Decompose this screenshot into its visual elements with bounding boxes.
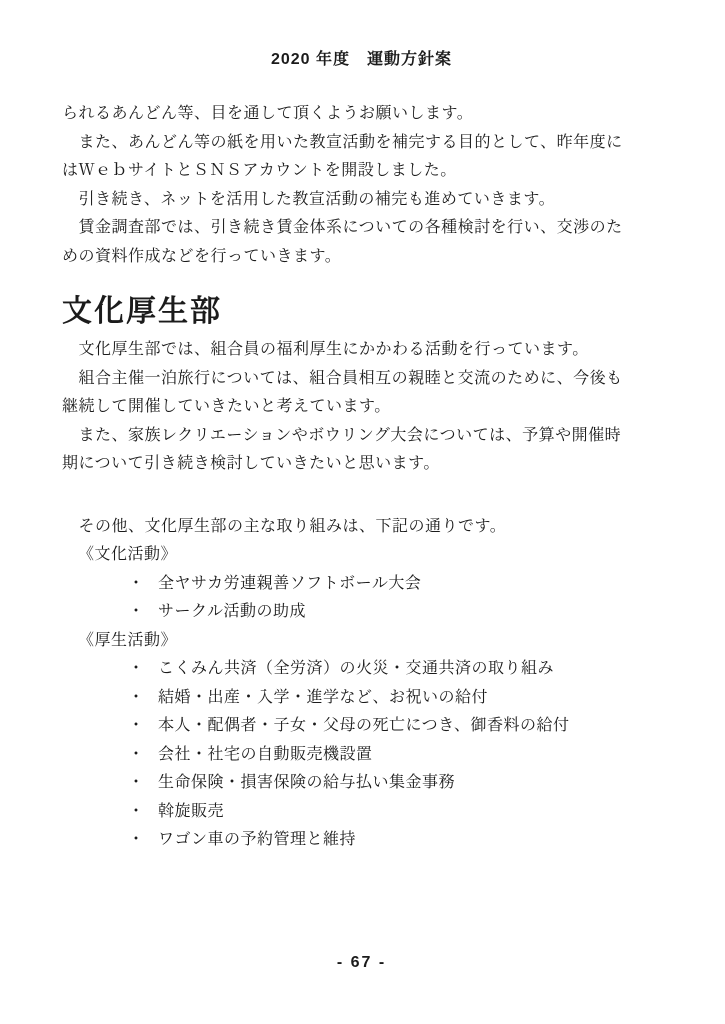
group-label-culture: 《文化活動》 xyxy=(62,541,661,570)
bullet-icon: ・ xyxy=(128,741,158,770)
list-item: ・ 会社・社宅の自動販売機設置 xyxy=(62,741,661,770)
list-item-text: 斡旋販売 xyxy=(158,798,661,827)
list-item: ・ 結婚・出産・入学・進学など、お祝いの給付 xyxy=(62,684,661,713)
list-item: ・ 生命保険・損害保険の給与払い集金事務 xyxy=(62,769,661,798)
body-line: 期について引き続き検討していきたいと思います。 xyxy=(62,450,661,479)
bullet-icon: ・ xyxy=(128,655,158,684)
body-line: めの資料作成などを行っていきます。 xyxy=(62,243,661,272)
bullet-icon: ・ xyxy=(128,684,158,713)
bullet-icon: ・ xyxy=(128,798,158,827)
list-intro-line: その他、文化厚生部の主な取り組みは、下記の通りです。 xyxy=(62,513,661,542)
list-item-text: 会社・社宅の自動販売機設置 xyxy=(158,741,661,770)
body-line: 賃金調査部では、引き続き賃金体系についての各種検討を行い、交渉のた xyxy=(62,214,661,243)
bullet-icon: ・ xyxy=(128,570,158,599)
body-line: はＷｅｂサイトとＳＮＳアカウントを開設しました。 xyxy=(62,157,661,186)
list-item: ・ 本人・配偶者・子女・父母の死亡につき、御香料の給付 xyxy=(62,712,661,741)
body-line: 組合主催一泊旅行については、組合員相互の親睦と交流のために、今後も xyxy=(62,365,661,394)
list-item-text: 生命保険・損害保険の給与払い集金事務 xyxy=(158,769,661,798)
bullet-icon: ・ xyxy=(128,598,158,627)
list-item-text: 本人・配偶者・子女・父母の死亡につき、御香料の給付 xyxy=(158,712,661,741)
list-item-text: 全ヤサカ労連親善ソフトボール大会 xyxy=(158,570,661,599)
list-item-text: ワゴン車の予約管理と維持 xyxy=(158,826,661,855)
list-item-text: サークル活動の助成 xyxy=(158,598,661,627)
body-line: られるあんどん等、目を通して頂くようお願いします。 xyxy=(62,100,661,129)
body-line: また、あんどん等の紙を用いた教宣活動を補完する目的として、昨年度に xyxy=(62,129,661,158)
body-line: 継続して開催していきたいと考えています。 xyxy=(62,393,661,422)
section-heading: 文化厚生部 xyxy=(62,293,661,331)
page-title: 2020 年度 運動方針案 xyxy=(62,50,661,70)
bullet-icon: ・ xyxy=(128,826,158,855)
list-item-text: 結婚・出産・入学・進学など、お祝いの給付 xyxy=(158,684,661,713)
bullet-icon: ・ xyxy=(128,712,158,741)
list-item: ・ ワゴン車の予約管理と維持 xyxy=(62,826,661,855)
group-label-welfare: 《厚生活動》 xyxy=(62,627,661,656)
list-item: ・ サークル活動の助成 xyxy=(62,598,661,627)
section-paragraphs: 文化厚生部では、組合員の福利厚生にかかわる活動を行っています。 組合主催一泊旅行… xyxy=(62,336,661,479)
body-line: また、家族レクリエーションやボウリング大会については、予算や開催時 xyxy=(62,422,661,451)
page-number: - 67 - xyxy=(62,949,661,978)
intro-paragraphs: られるあんどん等、目を通して頂くようお願いします。 また、あんどん等の紙を用いた… xyxy=(62,100,661,271)
list-item: ・ こくみん共済（全労済）の火災・交通共済の取り組み xyxy=(62,655,661,684)
bullet-icon: ・ xyxy=(128,769,158,798)
list-item: ・ 斡旋販売 xyxy=(62,798,661,827)
document-page: 2020 年度 運動方針案 られるあんどん等、目を通して頂くようお願いします。 … xyxy=(0,0,725,1024)
activity-list: 《文化活動》 ・ 全ヤサカ労連親善ソフトボール大会 ・ サークル活動の助成 《厚… xyxy=(62,541,661,855)
body-line: 引き続き、ネットを活用した教宣活動の補完も進めていきます。 xyxy=(62,186,661,215)
blank-line xyxy=(62,479,661,513)
list-item: ・ 全ヤサカ労連親善ソフトボール大会 xyxy=(62,570,661,599)
list-item-text: こくみん共済（全労済）の火災・交通共済の取り組み xyxy=(158,655,661,684)
body-line: 文化厚生部では、組合員の福利厚生にかかわる活動を行っています。 xyxy=(62,336,661,365)
